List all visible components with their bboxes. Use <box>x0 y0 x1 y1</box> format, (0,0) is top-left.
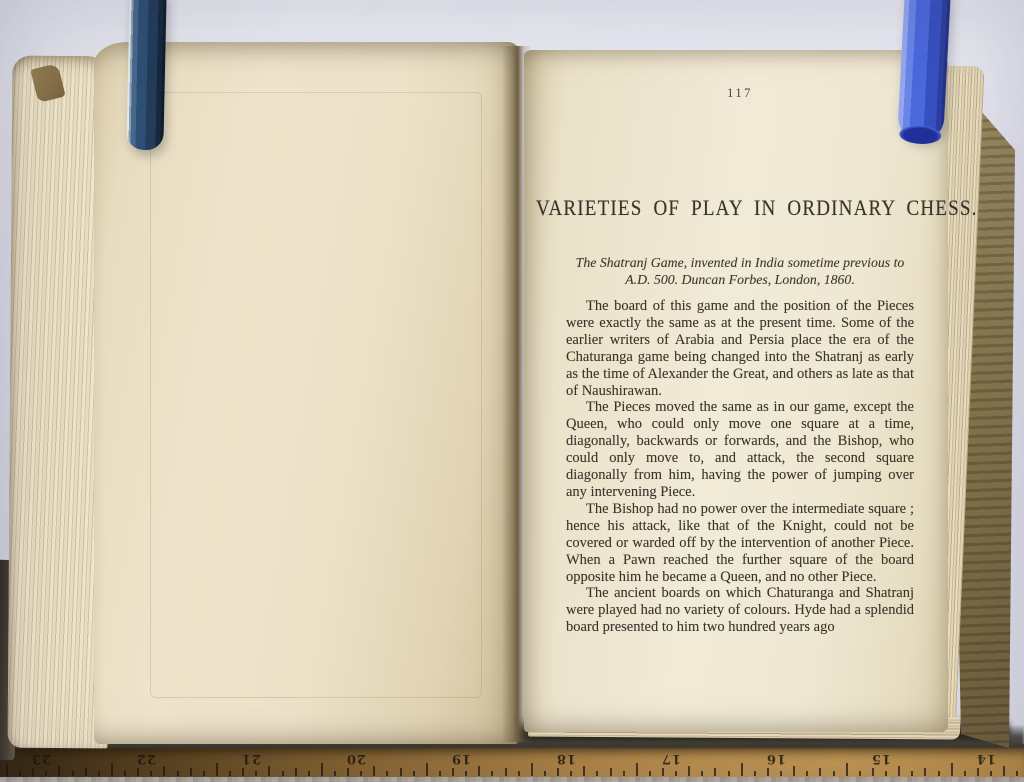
citation: The Shatranj Game, invented in India som… <box>540 254 940 288</box>
blue-pen-cap <box>897 0 951 141</box>
navy-pen <box>126 0 166 150</box>
left-blank-page <box>94 42 518 744</box>
body-text: The board of this game and the position … <box>566 298 914 636</box>
page-number: 117 <box>540 86 940 101</box>
paragraph: The board of this game and the position … <box>566 298 914 399</box>
paragraph: The ancient boards on which Chaturanga a… <box>566 585 914 636</box>
right-page: 117 VARIETIES OF PLAY IN ORDINARY CHESS.… <box>524 50 948 732</box>
photo-open-book-scene: 23222120191817161514 117 VARIETIES OF PL… <box>0 0 1024 782</box>
paragraph: The Pieces moved the same as in our game… <box>566 399 914 500</box>
ruler-shadow-overlay <box>0 747 1024 777</box>
paragraph: The Bishop had no power over the interme… <box>566 501 914 586</box>
ruler: 23222120191817161514 <box>0 744 1024 777</box>
citation-line-1: The Shatranj Game, invented in India som… <box>540 254 940 271</box>
page-impression-line <box>150 92 482 698</box>
citation-line-2: A.D. 500. Duncan Forbes, London, 1860. <box>540 271 940 288</box>
chapter-title: VARIETIES OF PLAY IN ORDINARY CHESS. <box>536 196 944 222</box>
